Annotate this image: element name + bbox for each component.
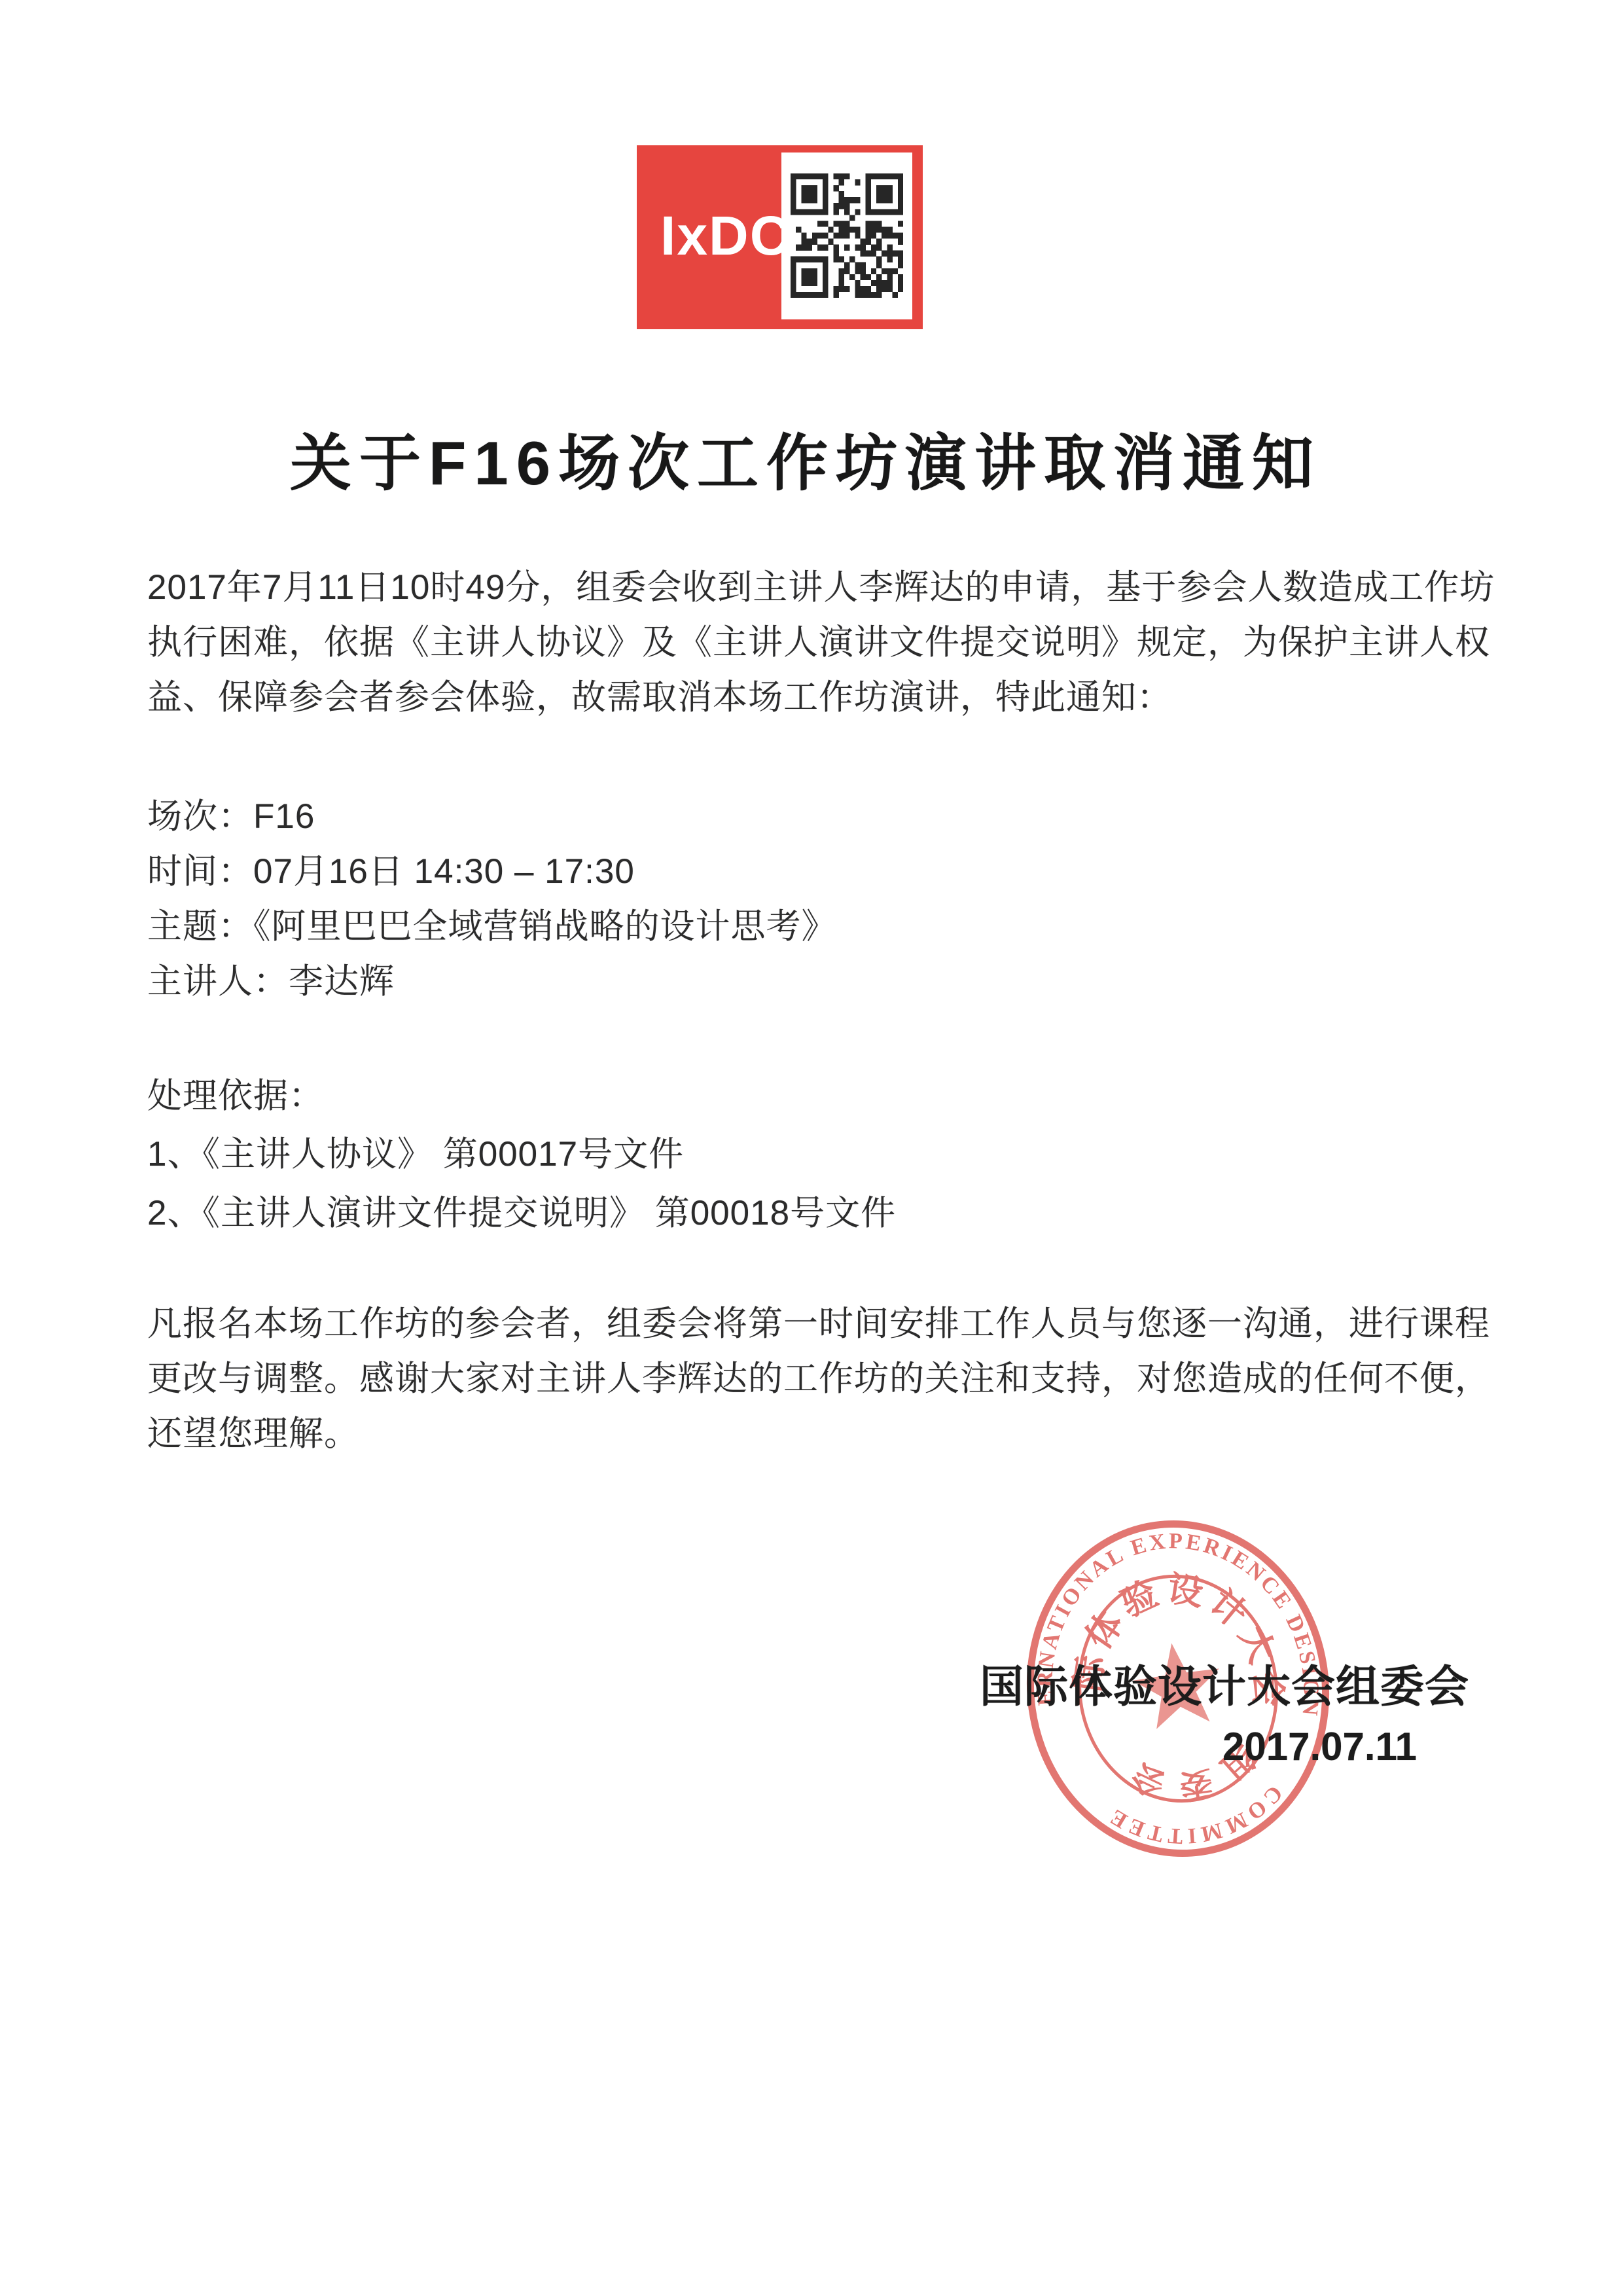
notice-title: 关于F16场次工作坊演讲取消通知 bbox=[290, 414, 1298, 502]
detail-time: 时间：07月16日 14:30 – 17:30 bbox=[147, 844, 837, 899]
paragraph-line: 益、保障参会者参会体验，故需取消本场工作坊演讲，特此通知： bbox=[147, 670, 1495, 725]
signature-date: 2017.07.11 bbox=[1222, 1724, 1417, 1769]
detail-topic: 主题：《阿里巴巴全域营销战略的设计思考》 bbox=[147, 899, 837, 954]
detail-session: 场次：F16 bbox=[147, 789, 837, 844]
detail-speaker: 主讲人：李达辉 bbox=[147, 954, 837, 1009]
signature-committee: 国际体验设计大会组委会 bbox=[980, 1652, 1469, 1715]
paragraph-line: 执行困难，依据《主讲人协议》及《主讲人演讲文件提交说明》规定，为保护主讲人权 bbox=[147, 615, 1495, 670]
session-details: 场次：F16 时间：07月16日 14:30 – 17:30 主题：《阿里巴巴全… bbox=[147, 789, 837, 1009]
basis-item: 1、《主讲人协议》 第00017号文件 bbox=[147, 1125, 896, 1184]
intro-paragraph: 2017年7月11日10时49分，组委会收到主讲人李辉达的申请，基于参会人数造成… bbox=[147, 560, 1495, 725]
paragraph-line: 还望您理解。 bbox=[147, 1407, 1490, 1462]
paragraph-line: 更改与调整。感谢大家对主讲人李辉达的工作坊的关注和支持，对您造成的任何不便， bbox=[147, 1352, 1490, 1407]
paragraph-line: 凡报名本场工作坊的参会者，组委会将第一时间安排工作人员与您逐一沟通，进行课程 bbox=[147, 1297, 1490, 1352]
basis-item: 2、《主讲人演讲文件提交说明》 第00018号文件 bbox=[147, 1184, 896, 1243]
qr-code-icon bbox=[791, 173, 903, 298]
qr-panel bbox=[781, 152, 912, 319]
scanned-notice-page: IxDC 关于F16场次工作坊演讲取消通知 2017年7月11日10时49分，组… bbox=[0, 0, 1623, 2296]
ixdc-logo: IxDC bbox=[637, 145, 923, 329]
basis-heading: 处理依据： bbox=[147, 1069, 324, 1124]
closing-paragraph: 凡报名本场工作坊的参会者，组委会将第一时间安排工作人员与您逐一沟通，进行课程 更… bbox=[147, 1297, 1490, 1462]
basis-list: 1、《主讲人协议》 第00017号文件 2、《主讲人演讲文件提交说明》 第000… bbox=[147, 1125, 896, 1243]
ixdc-logo-text: IxDC bbox=[660, 208, 791, 263]
paragraph-line: 2017年7月11日10时49分，组委会收到主讲人李辉达的申请，基于参会人数造成… bbox=[147, 560, 1495, 615]
